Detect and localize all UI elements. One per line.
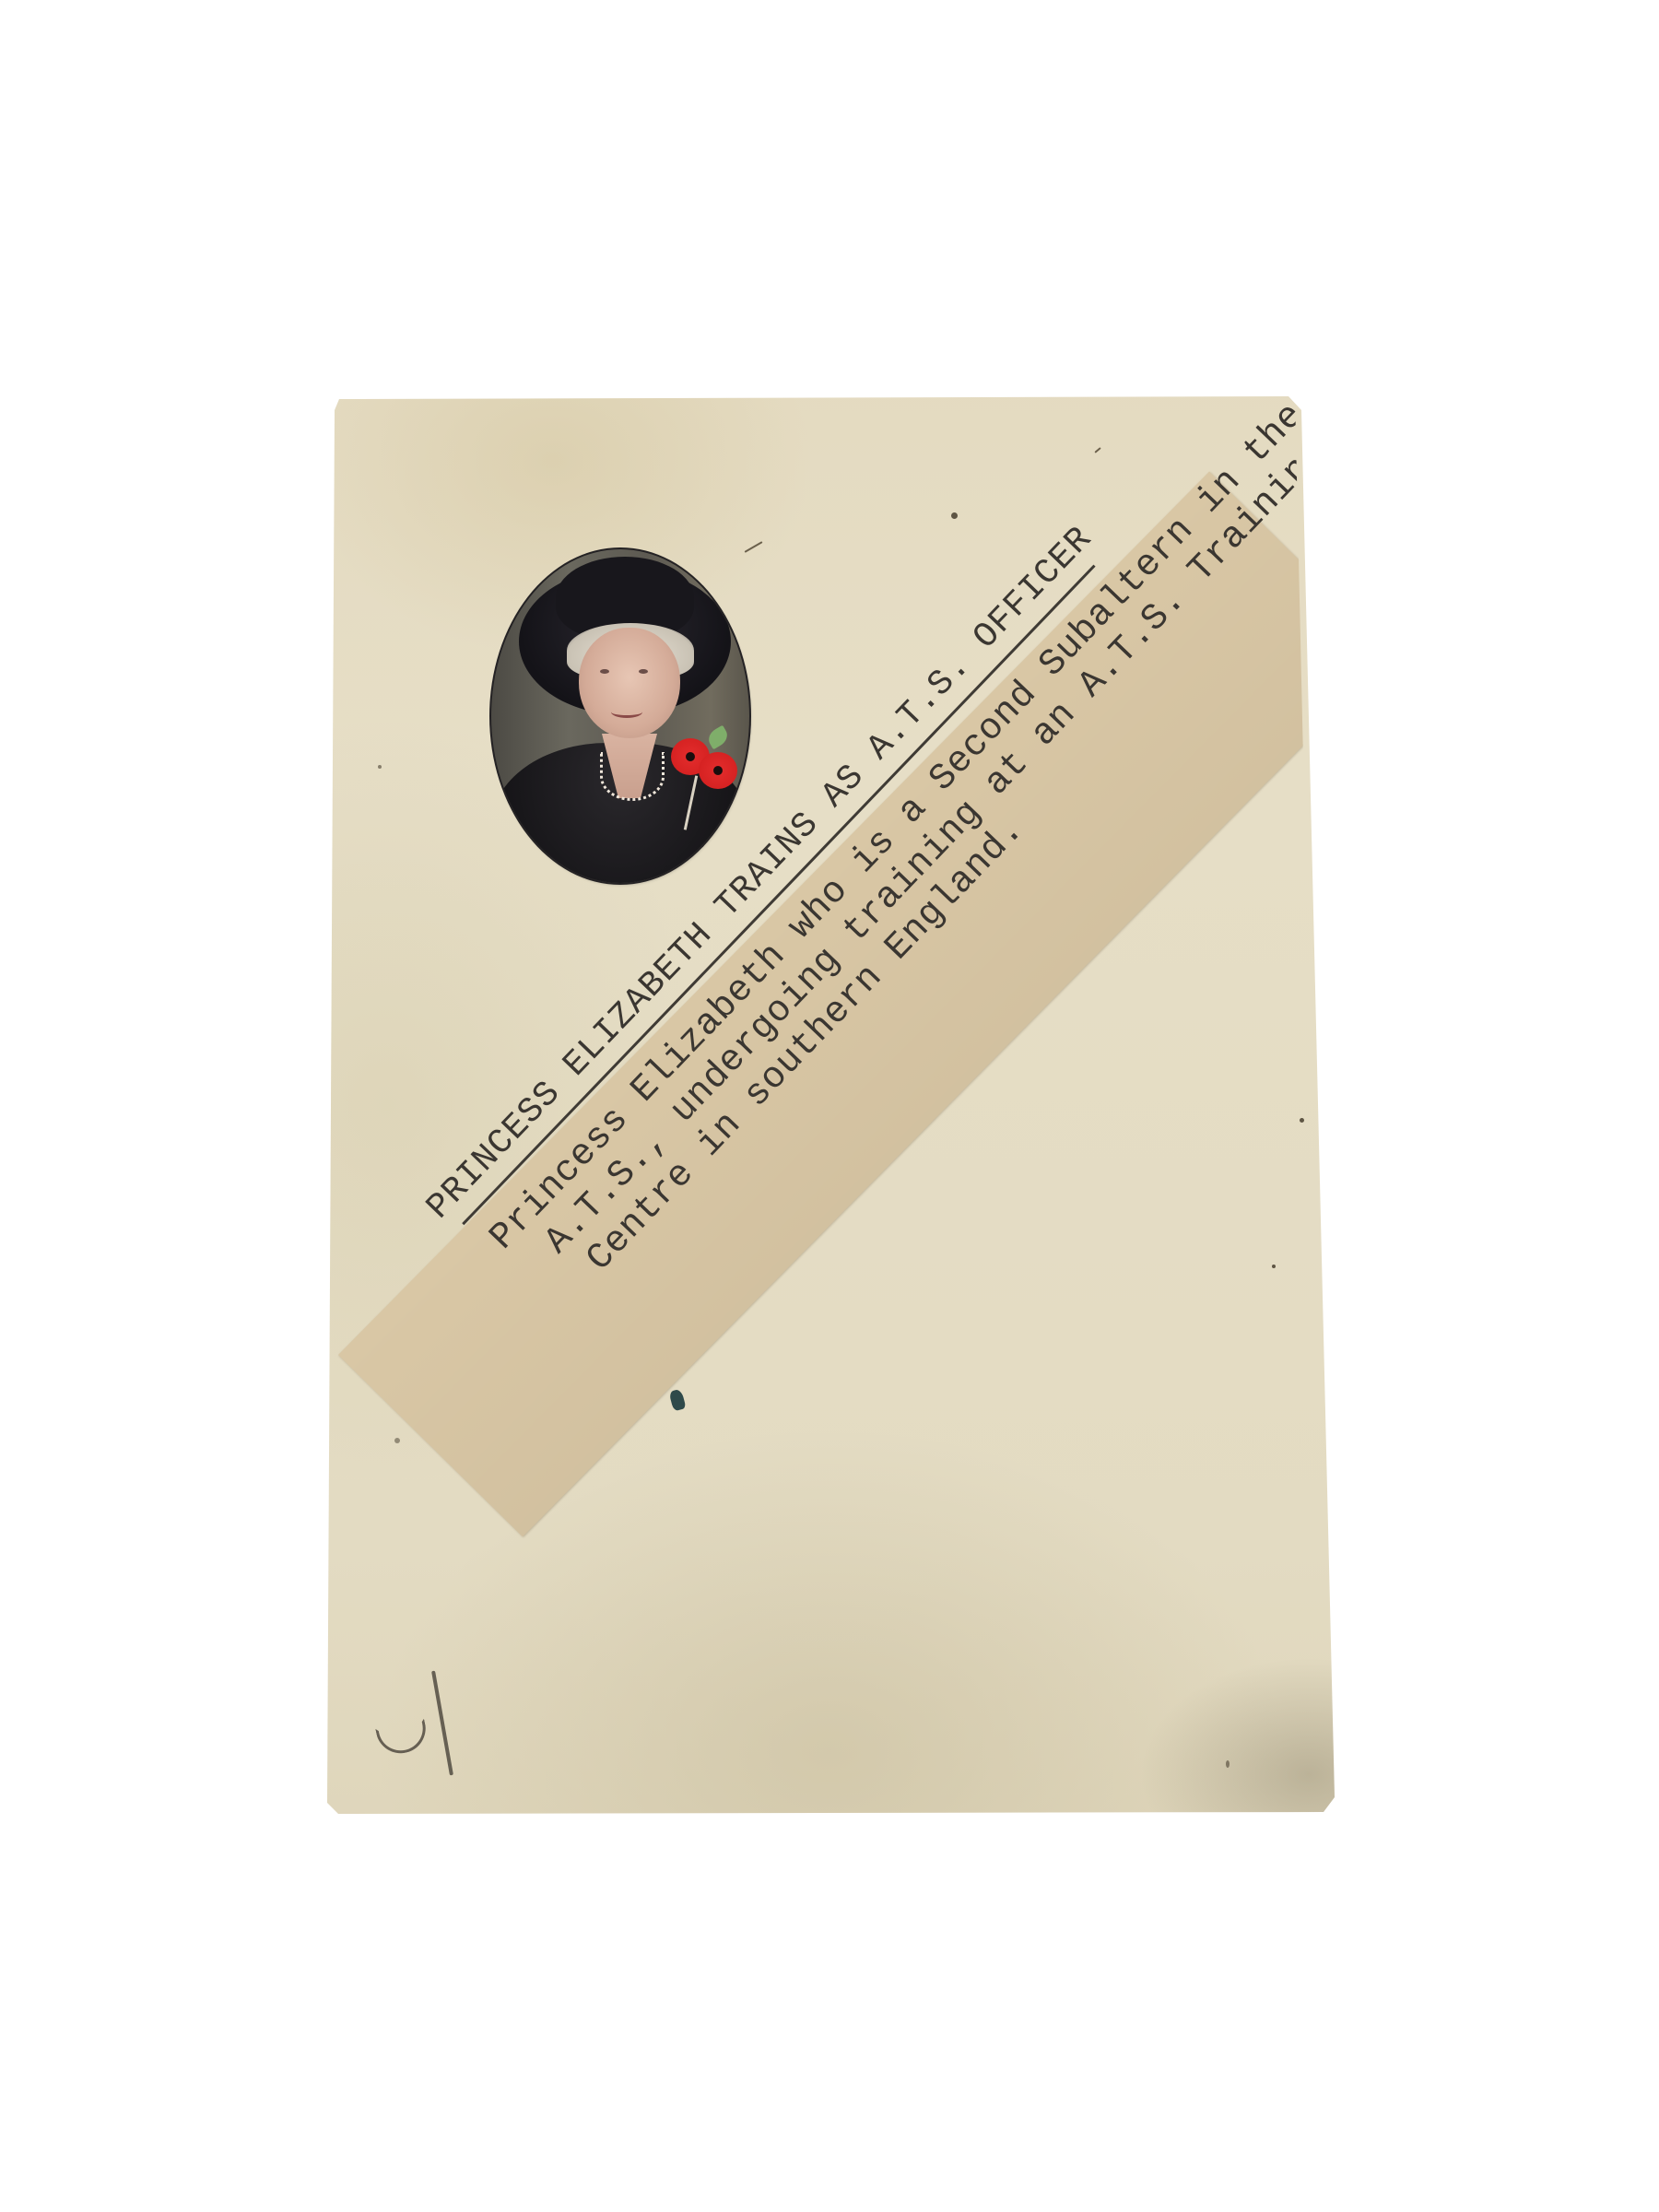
caption-strip-clip: PRINCESS ELIZABETH TRAINS AS A.T.S. OFFI…: [0, 0, 1659, 2212]
photo-stage: PRINCESS ELIZABETH TRAINS AS A.T.S. OFFI…: [0, 0, 1659, 2212]
